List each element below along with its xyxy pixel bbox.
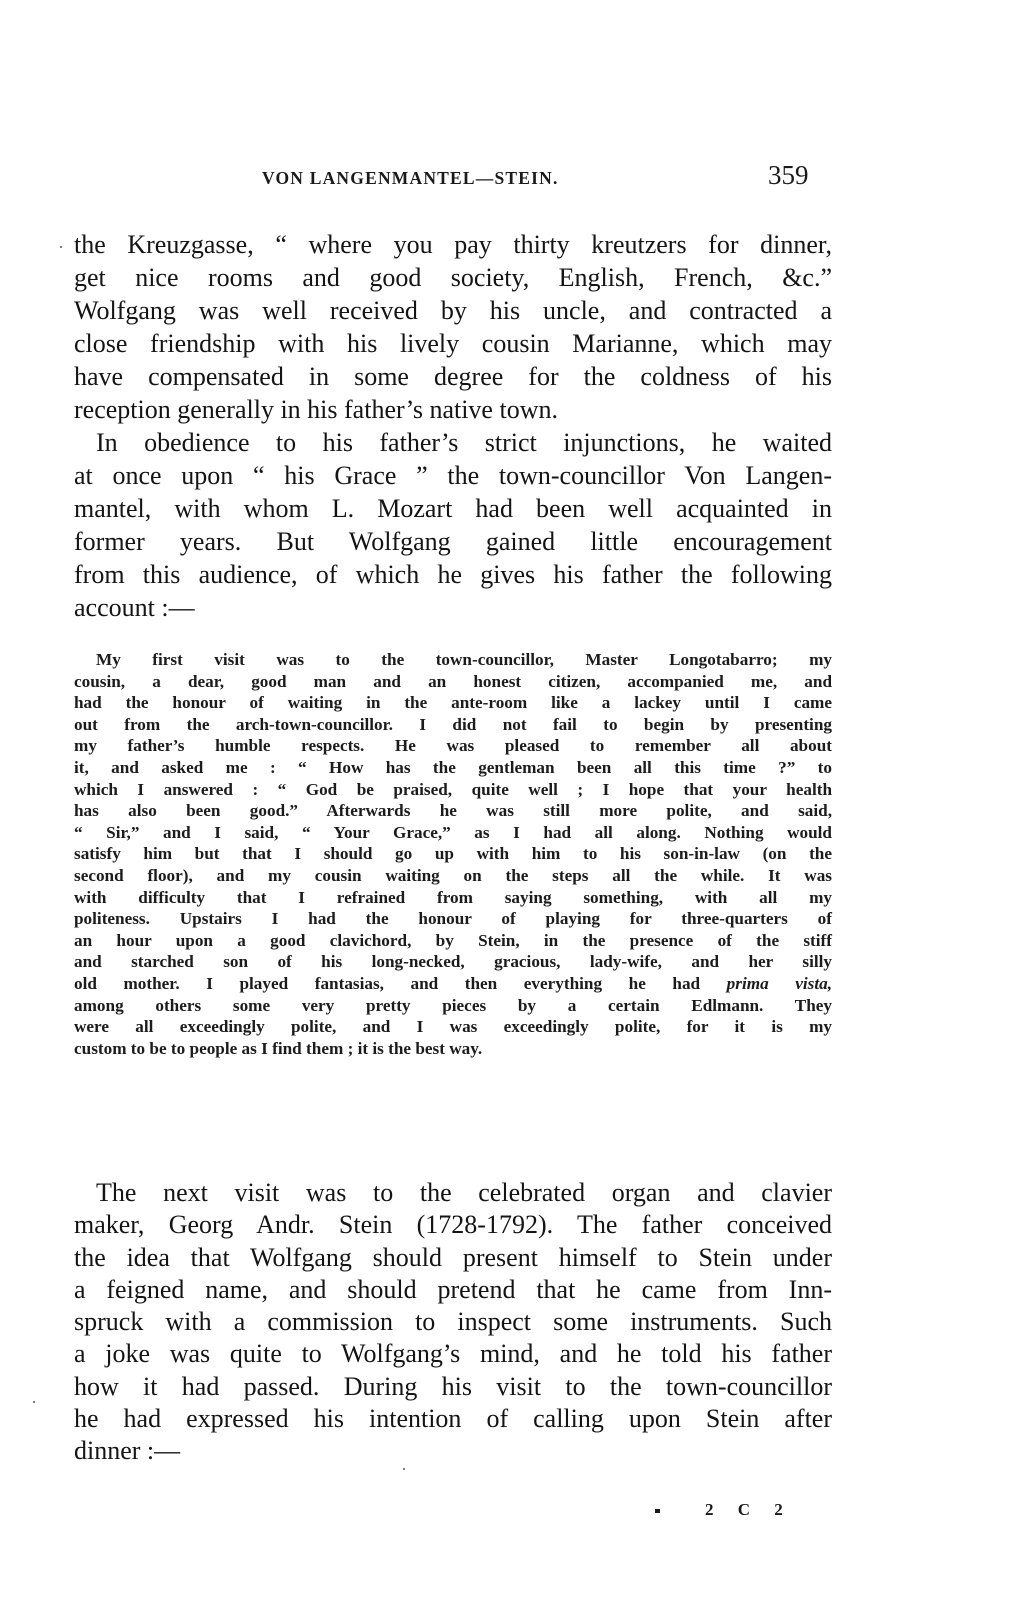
- text-line: maker, Georg Andr. Stein (1728-1792). Th…: [74, 1209, 832, 1241]
- text-line: the idea that Wolfgang should present hi…: [74, 1242, 832, 1274]
- text-line: a feigned name, and should pretend that …: [74, 1274, 832, 1306]
- quote-line: cousin, a dear, good man and an honest c…: [74, 671, 832, 693]
- quote-line: which I answered : “ God be praised, qui…: [74, 779, 832, 801]
- quote-line: second floor), and my cousin waiting on …: [74, 865, 832, 887]
- block-quotation: My first visit was to the town-councillo…: [74, 649, 832, 1059]
- quote-line: “ Sir,” and I said, “ Your Grace,” as I …: [74, 822, 832, 844]
- bullet-dot-icon: [655, 1509, 660, 1513]
- scan-speck: [33, 1401, 35, 1403]
- quote-line: and starched son of his long-necked, gra…: [74, 951, 832, 973]
- text-line: the Kreuzgasse, “ where you pay thirty k…: [74, 228, 832, 261]
- italic-phrase: prima vista,: [727, 974, 832, 993]
- signature-text: 2 C 2: [705, 1500, 793, 1519]
- quote-line-with-italic: old mother. I played fantasias, and then…: [74, 973, 832, 995]
- quote-line: had the honour of waiting in the ante-ro…: [74, 692, 832, 714]
- quote-line: an hour upon a good clavichord, by Stein…: [74, 930, 832, 952]
- book-page: VON LANGENMANTEL—STEIN. 359 the Kreuzgas…: [0, 0, 1034, 1600]
- running-head: VON LANGENMANTEL—STEIN.: [262, 168, 559, 189]
- main-text-lower: The next visit was to the celebrated org…: [74, 1177, 832, 1468]
- quote-line: my father’s humble respects. He was plea…: [74, 735, 832, 757]
- text-line: get nice rooms and good society, English…: [74, 261, 832, 294]
- text-line: mantel, with whom L. Mozart had been wel…: [74, 492, 832, 525]
- quote-line: politeness. Upstairs I had the honour of…: [74, 908, 832, 930]
- quote-line: with difficulty that I refrained from sa…: [74, 887, 832, 909]
- quote-line: among others some very pretty pieces by …: [74, 995, 832, 1017]
- paragraph-3: The next visit was to the celebrated org…: [74, 1177, 832, 1468]
- text-line: In obedience to his father’s strict inju…: [74, 426, 832, 459]
- scan-speck: [60, 246, 62, 248]
- text-line: how it had passed. During his visit to t…: [74, 1371, 832, 1403]
- signature-mark: 2 C 2: [655, 1500, 793, 1520]
- text-line: dinner :—: [74, 1435, 832, 1467]
- text-line: from this audience, of which he gives hi…: [74, 558, 832, 591]
- text-line: at once upon “ his Grace ” the town-coun…: [74, 459, 832, 492]
- text-line: have compensated in some degree for the …: [74, 360, 832, 393]
- text-line: a joke was quite to Wolfgang’s mind, and…: [74, 1338, 832, 1370]
- quote-line: it, and asked me : “ How has the gentlem…: [74, 757, 832, 779]
- text-line: he had expressed his intention of callin…: [74, 1403, 832, 1435]
- paragraph-1: the Kreuzgasse, “ where you pay thirty k…: [74, 228, 832, 426]
- main-text-upper: the Kreuzgasse, “ where you pay thirty k…: [74, 228, 832, 624]
- quote-line: were all exceedingly polite, and I was e…: [74, 1016, 832, 1038]
- text-line: reception generally in his father’s nati…: [74, 393, 832, 426]
- paragraph-2: In obedience to his father’s strict inju…: [74, 426, 832, 624]
- text-line: close friendship with his lively cousin …: [74, 327, 832, 360]
- quote-line: custom to be to people as I find them ; …: [74, 1038, 832, 1060]
- quote-line-text: old mother. I played fantasias, and then…: [74, 974, 700, 993]
- quote-line: satisfy him but that I should go up with…: [74, 843, 832, 865]
- quote-line: My first visit was to the town-councillo…: [74, 649, 832, 671]
- text-line: Wolfgang was well received by his uncle,…: [74, 294, 832, 327]
- text-line: The next visit was to the celebrated org…: [74, 1177, 832, 1209]
- quote-line: out from the arch-town-councillor. I did…: [74, 714, 832, 736]
- page-number: 359: [768, 160, 809, 191]
- text-line: account :—: [74, 591, 832, 624]
- scan-speck: [403, 1468, 405, 1470]
- quote-line: has also been good.” Afterwards he was s…: [74, 800, 832, 822]
- text-line: spruck with a commission to inspect some…: [74, 1306, 832, 1338]
- text-line: former years. But Wolfgang gained little…: [74, 525, 832, 558]
